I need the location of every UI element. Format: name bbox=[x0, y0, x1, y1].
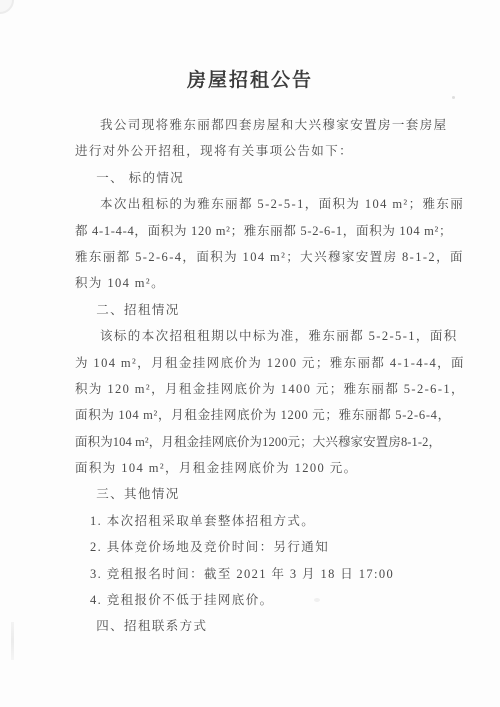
numbered-item-4: 4. 竞租报价不低于挂网底价。 bbox=[75, 587, 436, 613]
paragraph-line: 为 104 m²，月租金挂网底价为 1200 元；雅东丽都 4-1-4-4，面 bbox=[75, 350, 436, 376]
scanned-document-page: 房屋招租公告 我公司现将雅东丽都四套房屋和大兴穆家安置房一套房屋 进行对外公开招… bbox=[0, 0, 500, 707]
document-body: 我公司现将雅东丽都四套房屋和大兴穆家安置房一套房屋 进行对外公开招租，现将有关事… bbox=[75, 112, 436, 640]
paragraph-line: 积为 104 m²。 bbox=[75, 270, 436, 296]
intro-line: 我公司现将雅东丽都四套房屋和大兴穆家安置房一套房屋 bbox=[75, 112, 436, 138]
paragraph-line: 面积为104 m²，月租金挂网底价为1200元；大兴穆家安置房8-1-2， bbox=[75, 429, 436, 455]
section-heading-4: 四、招租联系方式 bbox=[75, 613, 436, 639]
numbered-item-2: 2. 具体竞价场地及竞价时间：另行通知 bbox=[75, 534, 436, 560]
scan-corner-artifact bbox=[0, 0, 14, 14]
paragraph-line: 该标的本次招租租期以中标为准，雅东丽都 5-2-5-1，面积 bbox=[75, 323, 436, 349]
numbered-item-3: 3. 竞租报名时间：截至 2021 年 3 月 18 日 17:00 bbox=[75, 561, 436, 587]
section-heading-1: 一、 标的情况 bbox=[75, 165, 436, 191]
section-heading-2: 二、招租情况 bbox=[75, 297, 436, 323]
paragraph-line: 本次出租标的为雅东丽都 5-2-5-1，面积为 104 m²；雅东丽 bbox=[75, 191, 436, 217]
scan-smudge bbox=[11, 622, 14, 660]
section-heading-3: 三、其他情况 bbox=[75, 481, 436, 507]
paragraph-line: 面积为 104 m²，月租金挂网底价为 1200 元；雅东丽都 5-2-6-4， bbox=[75, 402, 436, 428]
paragraph-line: 雅东丽都 5-2-6-4，面积为 104 m²；大兴穆家安置房 8-1-2，面 bbox=[75, 244, 436, 270]
intro-line: 进行对外公开招租，现将有关事项公告如下： bbox=[75, 138, 436, 164]
scan-speck bbox=[452, 96, 455, 99]
document-title: 房屋招租公告 bbox=[0, 66, 500, 96]
numbered-item-1: 1. 本次招租采取单套整体招租方式。 bbox=[75, 508, 436, 534]
scan-speck bbox=[314, 598, 320, 602]
paragraph-line: 积为 120 m²，月租金挂网底价为 1400 元；雅东丽都 5-2-6-1， bbox=[75, 376, 436, 402]
paragraph-line: 都 4-1-4-4，面积为 120 m²；雅东丽都 5-2-6-1，面积为 10… bbox=[75, 218, 436, 244]
paragraph-line: 面积为 104 m²，月租金挂网底价为 1200 元。 bbox=[75, 455, 436, 481]
